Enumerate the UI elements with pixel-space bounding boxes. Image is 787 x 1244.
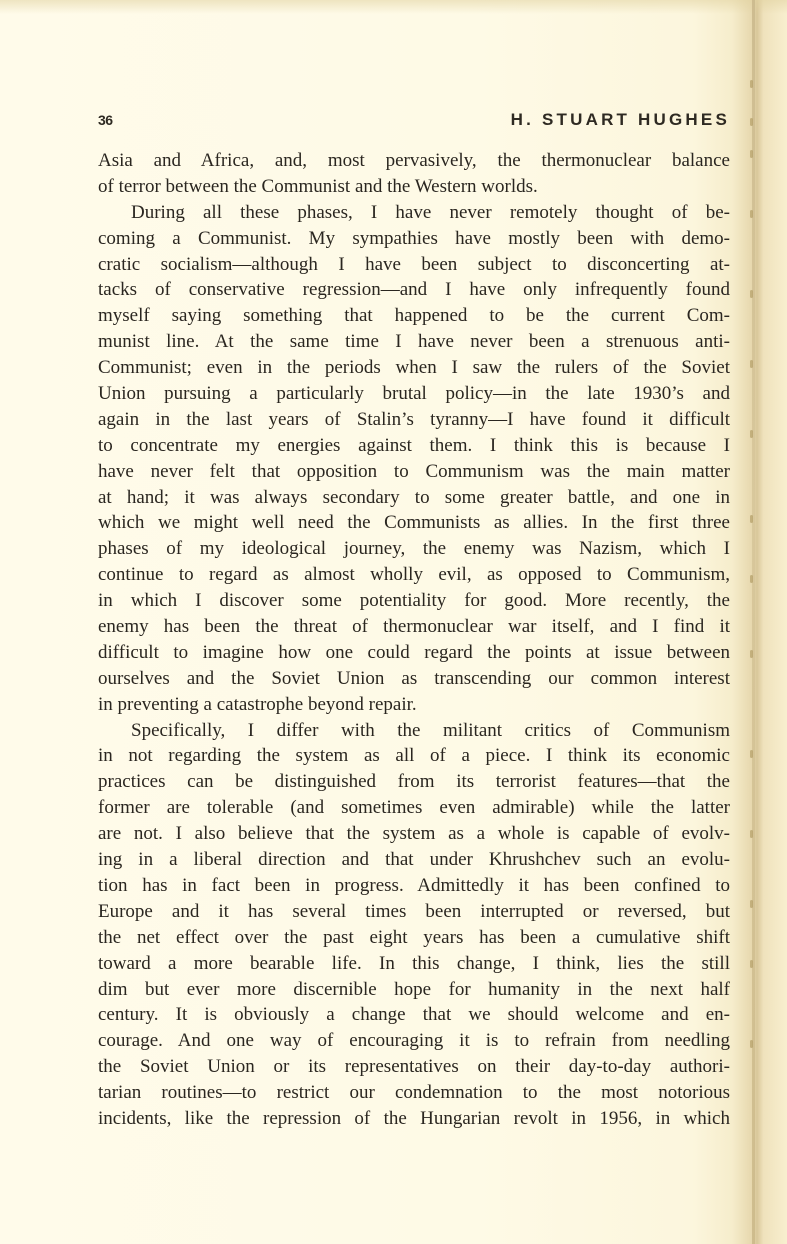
text-line: Specifically, I differ with the militant… — [98, 718, 730, 744]
text-line: difficult to imagine how one could regar… — [98, 640, 730, 666]
text-line: at hand; it was always secondary to some… — [98, 485, 730, 511]
text-line: in not regarding the system as all of a … — [98, 743, 730, 769]
text-line: ing in a liberal direction and that unde… — [98, 847, 730, 873]
text-line: Communist; even in the periods when I sa… — [98, 355, 730, 381]
text-line: the Soviet Union or its representatives … — [98, 1054, 730, 1080]
text-line: incidents, like the repression of the Hu… — [98, 1106, 730, 1132]
text-line: Asia and Africa, and, most pervasively, … — [98, 148, 730, 174]
text-line: toward a more bearable life. In this cha… — [98, 951, 730, 977]
text-line: cratic socialism—although I have been su… — [98, 252, 730, 278]
text-line: myself saying something that happened to… — [98, 303, 730, 329]
text-line: practices can be distinguished from its … — [98, 769, 730, 795]
text-line: to concentrate my energies against them.… — [98, 433, 730, 459]
text-line: former are tolerable (and sometimes even… — [98, 795, 730, 821]
text-line: coming a Communist. My sympathies have m… — [98, 226, 730, 252]
text-line: courage. And one way of encouraging it i… — [98, 1028, 730, 1054]
page-top-shadow — [0, 0, 787, 14]
page-gutter — [752, 0, 755, 1244]
page-number: 36 — [98, 112, 113, 128]
text-line: tacks of conservative regression—and I h… — [98, 277, 730, 303]
page-header: 36 H. STUART HUGHES — [98, 112, 730, 134]
text-line: Union pursuing a particularly brutal pol… — [98, 381, 730, 407]
text-line: enemy has been the threat of thermonucle… — [98, 614, 730, 640]
text-line: of terror between the Communist and the … — [98, 174, 730, 200]
body-text: Asia and Africa, and, most pervasively, … — [98, 148, 730, 1132]
text-line: munist line. At the same time I have nev… — [98, 329, 730, 355]
text-line: tion has in fact been in progress. Admit… — [98, 873, 730, 899]
text-line: again in the last years of Stalin’s tyra… — [98, 407, 730, 433]
text-line: phases of my ideological journey, the en… — [98, 536, 730, 562]
text-line: which we might well need the Communists … — [98, 510, 730, 536]
text-line: in preventing a catastrophe beyond repai… — [98, 692, 730, 718]
text-line: century. It is obviously a change that w… — [98, 1002, 730, 1028]
text-line: the net effect over the past eight years… — [98, 925, 730, 951]
running-head: H. STUART HUGHES — [511, 110, 730, 130]
text-line: are not. I also believe that the system … — [98, 821, 730, 847]
book-page: 36 H. STUART HUGHES Asia and Africa, and… — [0, 0, 787, 1244]
text-line: During all these phases, I have never re… — [98, 200, 730, 226]
text-line: Europe and it has several times been int… — [98, 899, 730, 925]
text-line: tarian routines—to restrict our condemna… — [98, 1080, 730, 1106]
text-line: dim but ever more discernible hope for h… — [98, 977, 730, 1003]
text-line: have never felt that opposition to Commu… — [98, 459, 730, 485]
text-line: in which I discover some potentiality fo… — [98, 588, 730, 614]
text-line: continue to regard as almost wholly evil… — [98, 562, 730, 588]
text-line: ourselves and the Soviet Union as transc… — [98, 666, 730, 692]
